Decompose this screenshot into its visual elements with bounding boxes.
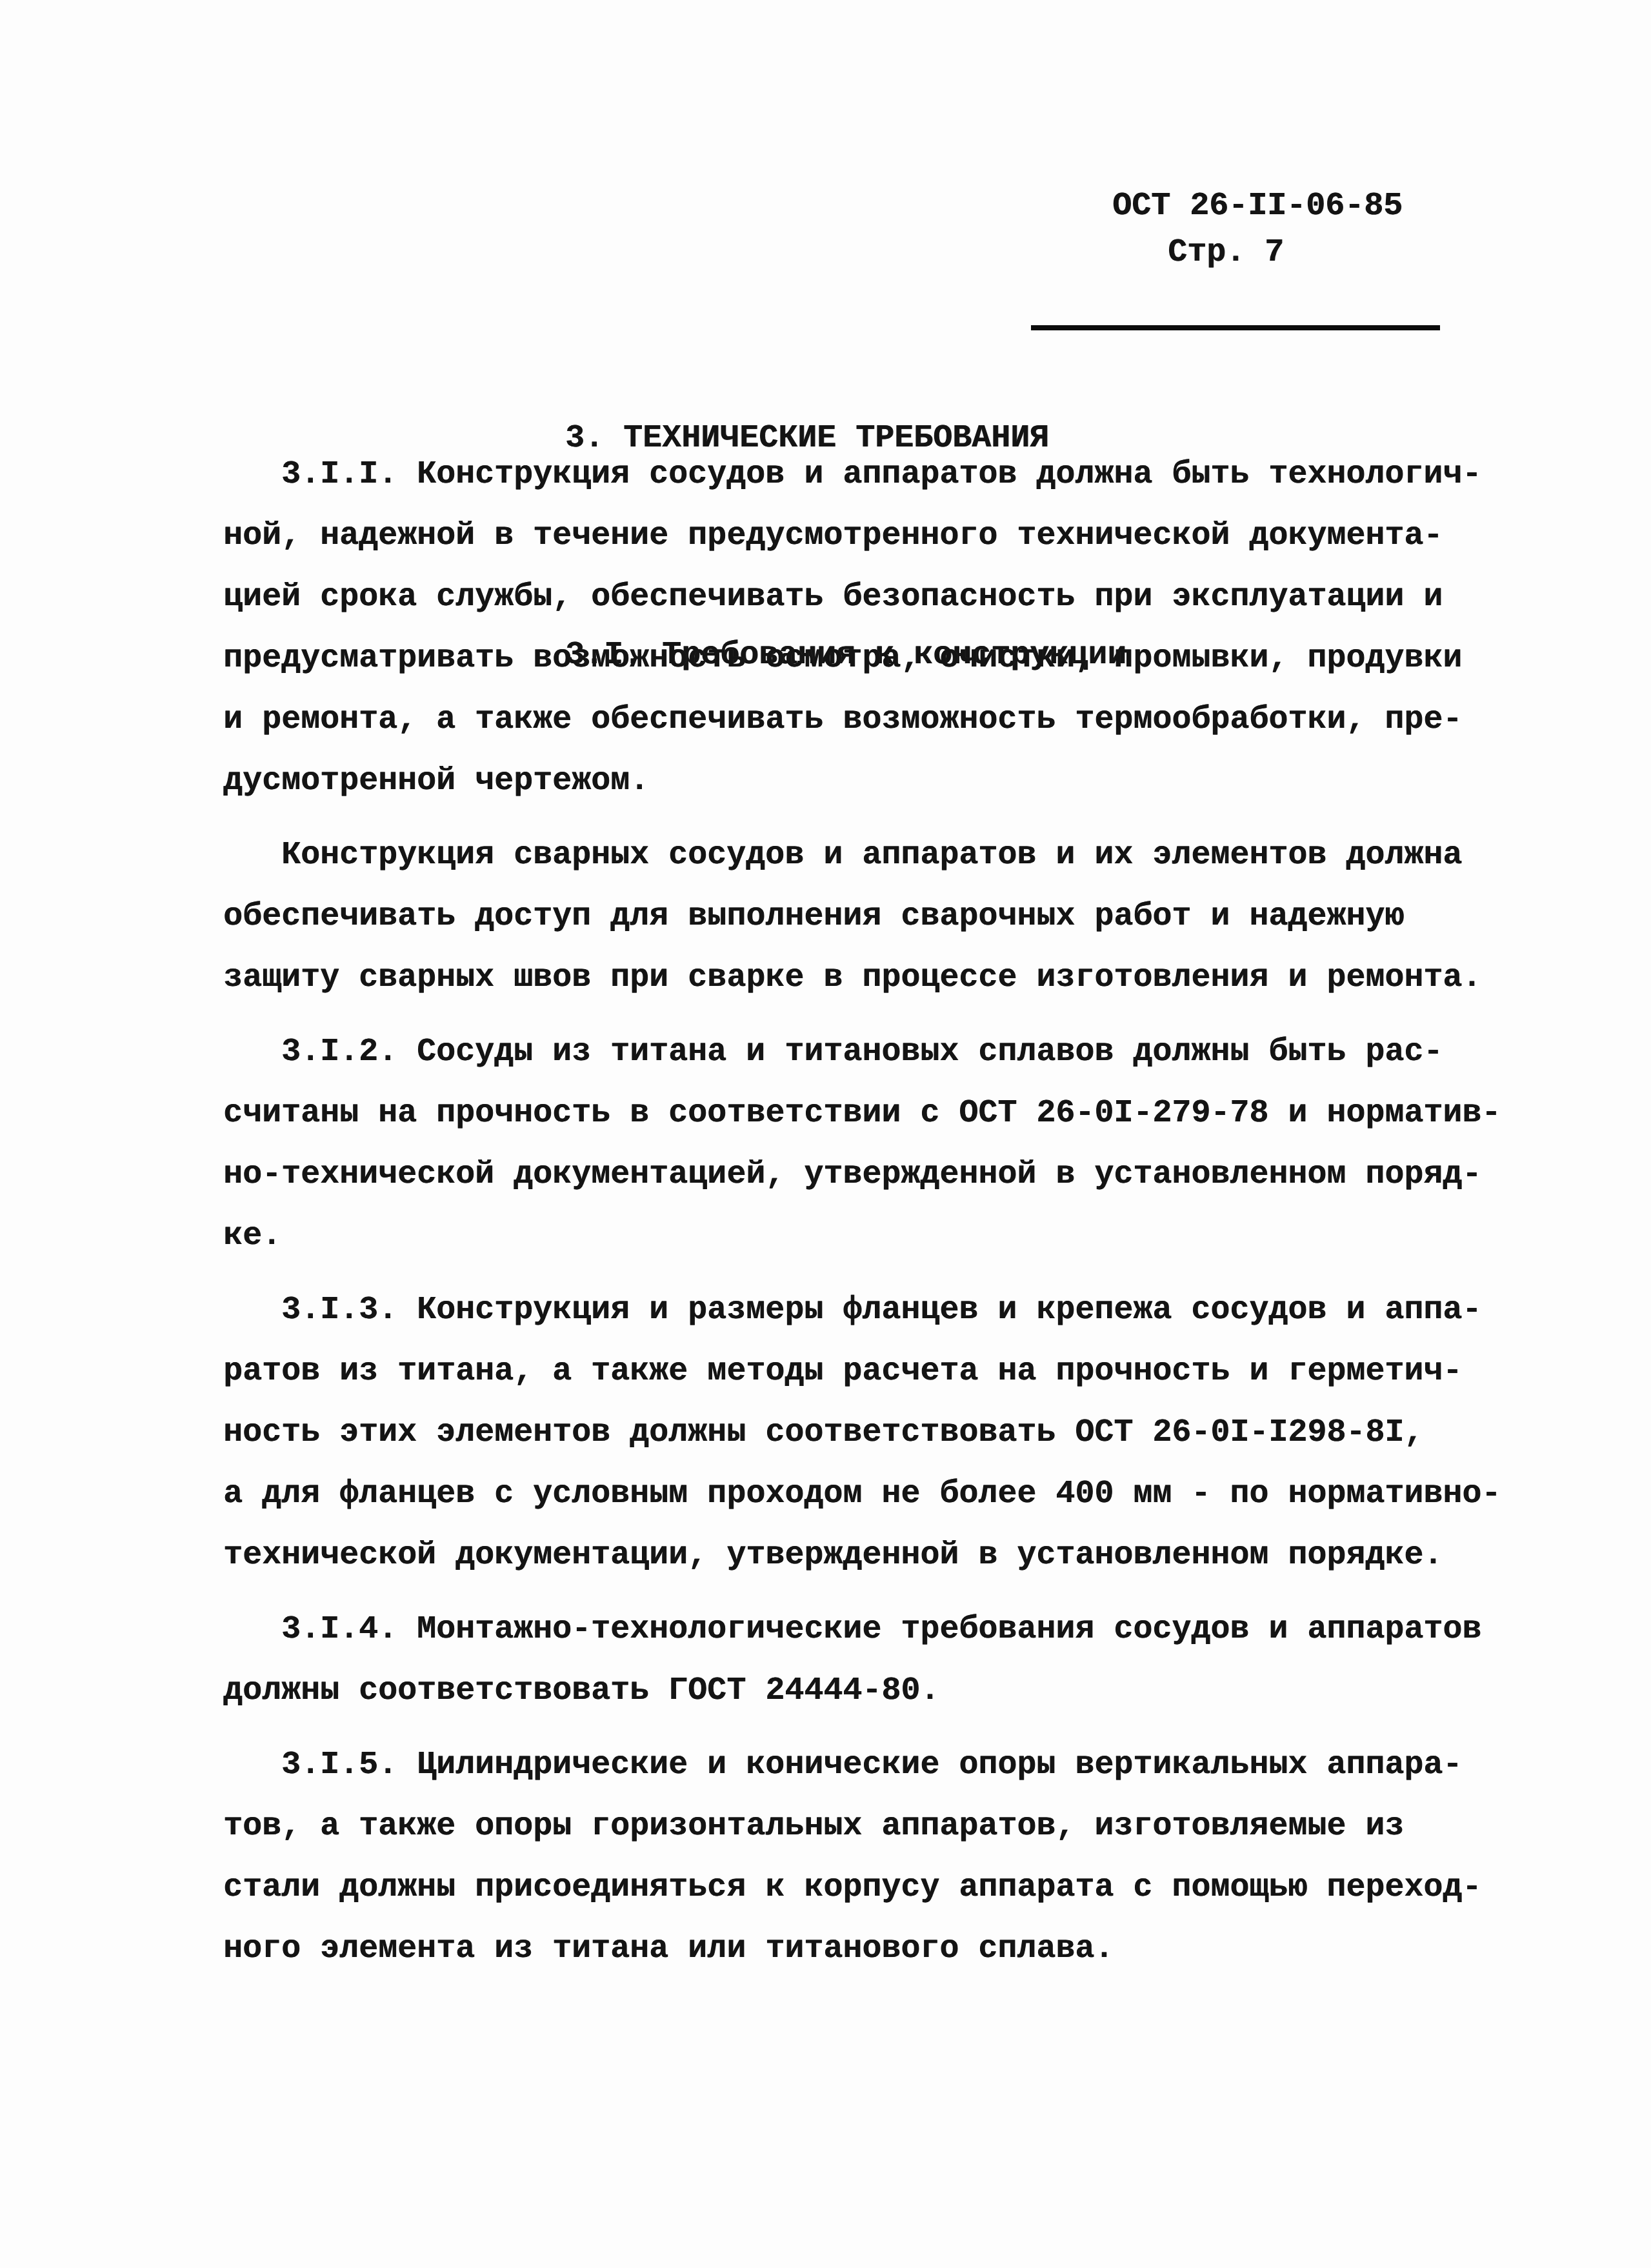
paragraph: 3.I.5. Цилиндрические и конические опоры…: [223, 1734, 1565, 1980]
document-page: ОСТ 26-II-06-85 Стр. 7 3. ТЕХНИЧЕСКИЕ ТР…: [0, 0, 1651, 2268]
text-line: 3.I.2. Сосуды из титана и титановых спла…: [223, 1021, 1565, 1083]
text-line: 3.I.3. Конструкция и размеры фланцев и к…: [223, 1280, 1565, 1341]
standard-number: ОСТ 26-II-06-85: [1112, 188, 1403, 225]
paragraph: 3.I.4. Монтажно-технологические требован…: [223, 1599, 1565, 1721]
paragraph: 3.I.I. Конструкция сосудов и аппаратов д…: [223, 444, 1565, 812]
text-line: предусматривать возможность осмотра, очи…: [223, 628, 1565, 689]
text-line: цией срока службы, обеспечивать безопасн…: [223, 567, 1565, 628]
text-line: а для фланцев с условным проходом не бол…: [223, 1463, 1565, 1525]
text-line: защиту сварных швов при сварке в процесс…: [223, 947, 1565, 1009]
page-number-label: Стр. 7: [1168, 234, 1284, 271]
text-line: 3.I.I. Конструкция сосудов и аппаратов д…: [223, 444, 1565, 505]
paragraph: 3.I.2. Сосуды из титана и титановых спла…: [223, 1021, 1565, 1267]
text-line: ке.: [223, 1205, 1565, 1267]
text-line: обеспечивать доступ для выполнения сваро…: [223, 886, 1565, 947]
text-line: но-технической документацией, утвержденн…: [223, 1144, 1565, 1205]
document-body: 3.I.I. Конструкция сосудов и аппаратов д…: [223, 444, 1565, 1992]
text-line: 3.I.5. Цилиндрические и конические опоры…: [223, 1734, 1565, 1796]
text-line: дусмотренной чертежом.: [223, 750, 1565, 812]
text-line: ной, надежной в течение предусмотренного…: [223, 505, 1565, 567]
text-line: Конструкция сварных сосудов и аппаратов …: [223, 825, 1565, 886]
text-line: считаны на прочность в соответствии с ОС…: [223, 1083, 1565, 1144]
text-line: ратов из титана, а также методы расчета …: [223, 1341, 1565, 1402]
text-line: технической документации, утвержденной в…: [223, 1525, 1565, 1586]
text-line: должны соответствовать ГОСТ 24444-80.: [223, 1660, 1565, 1721]
text-line: и ремонта, а также обеспечивать возможно…: [223, 689, 1565, 750]
text-line: ность этих элементов должны соответствов…: [223, 1402, 1565, 1463]
paragraph: 3.I.3. Конструкция и размеры фланцев и к…: [223, 1280, 1565, 1586]
text-line: ного элемента из титана или титанового с…: [223, 1918, 1565, 1980]
text-line: 3.I.4. Монтажно-технологические требован…: [223, 1599, 1565, 1660]
text-line: тов, а также опоры горизонтальных аппара…: [223, 1796, 1565, 1857]
text-line: стали должны присоединяться к корпусу ап…: [223, 1857, 1565, 1918]
paragraph: Конструкция сварных сосудов и аппаратов …: [223, 825, 1565, 1009]
